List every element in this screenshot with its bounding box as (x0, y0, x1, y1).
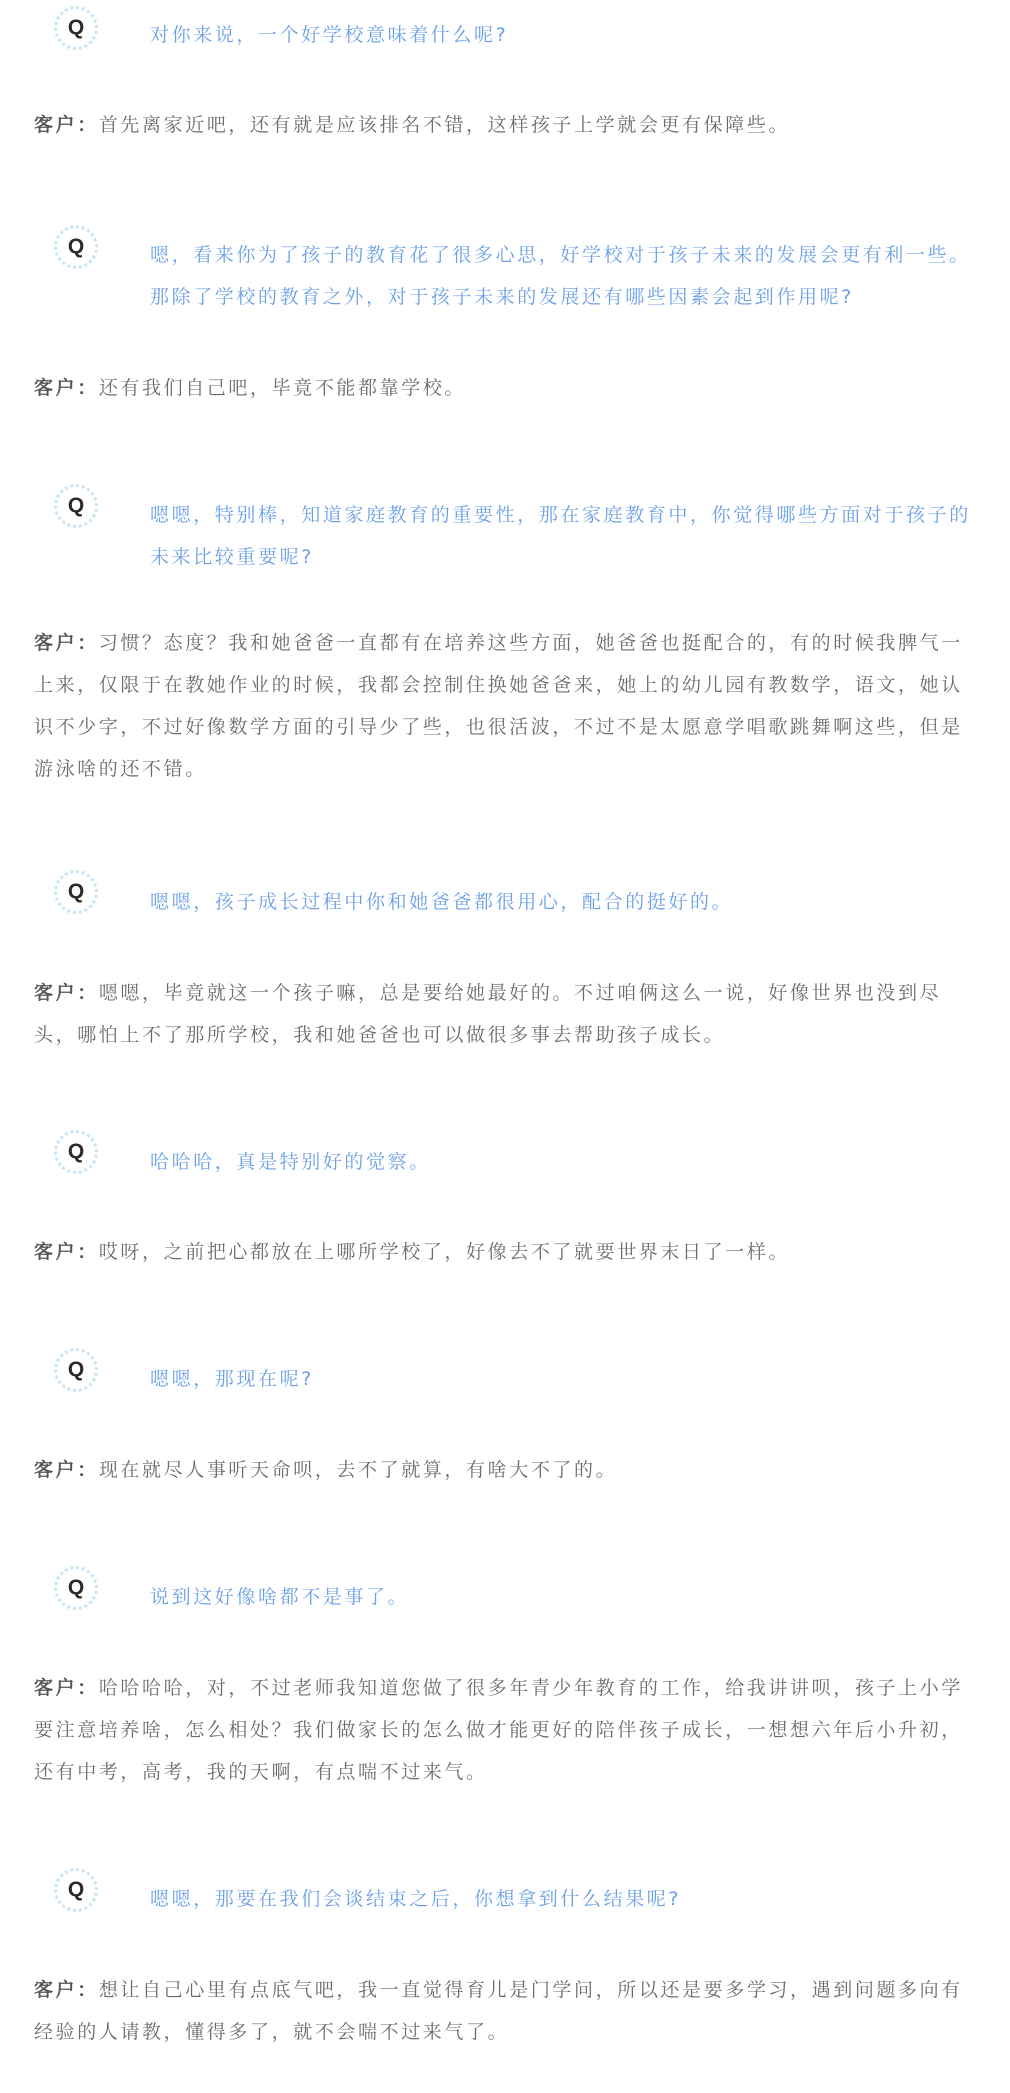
answer-paragraph: 客户：习惯？态度？我和她爸爸一直都有在培养这些方面，她爸爸也挺配合的，有的时候我… (34, 622, 980, 790)
question-badge-letter: Q (68, 17, 84, 38)
question-text: 嗯嗯，那要在我们会谈结束之后，你想拿到什么结果呢? (150, 1878, 980, 1920)
question-text: 说到这好像啥都不是事了。 (150, 1576, 980, 1618)
answer-text: 还有我们自己吧，毕竟不能都靠学校。 (99, 377, 466, 399)
question-text: 嗯嗯，特别棒，知道家庭教育的重要性，那在家庭教育中，你觉得哪些方面对于孩子的未来… (150, 494, 980, 578)
answer-paragraph: 客户：嗯嗯，毕竟就这一个孩子嘛，总是要给她最好的。不过咱俩这么一说，好像世界也没… (34, 972, 980, 1056)
question-text: 嗯，看来你为了孩子的教育花了很多心思，好学校对于孩子未来的发展会更有利一些。那除… (150, 234, 980, 318)
answer-paragraph: 客户：哈哈哈哈，对，不过老师我知道您做了很多年青少年教育的工作，给我讲讲呗，孩子… (34, 1667, 980, 1793)
question-badge-icon: Q (54, 1348, 98, 1392)
customer-label: 客户： (34, 377, 99, 399)
answer-paragraph: 客户：现在就尽人事听天命呗，去不了就算，有啥大不了的。 (34, 1449, 980, 1491)
question-badge-letter: Q (68, 881, 84, 902)
customer-label: 客户： (34, 982, 99, 1004)
question-badge-icon: Q (54, 6, 98, 50)
question-badge-icon: Q (54, 1566, 98, 1610)
question-badge-icon: Q (54, 1868, 98, 1912)
answer-text: 现在就尽人事听天命呗，去不了就算，有啥大不了的。 (99, 1459, 617, 1481)
answer-paragraph: 客户：首先离家近吧，还有就是应该排名不错，这样孩子上学就会更有保障些。 (34, 104, 980, 146)
question-badge-letter: Q (68, 1141, 84, 1162)
question-badge-letter: Q (68, 1879, 84, 1900)
question-text: 对你来说，一个好学校意味着什么呢? (150, 14, 980, 56)
answer-text: 想让自己心里有点底气吧，我一直觉得育儿是门学问，所以还是要多学习，遇到问题多向有… (34, 1979, 963, 2043)
question-badge-icon: Q (54, 1130, 98, 1174)
customer-label: 客户： (34, 1241, 99, 1263)
question-badge-icon: Q (54, 484, 98, 528)
question-badge-icon: Q (54, 870, 98, 914)
customer-label: 客户： (34, 1979, 99, 2001)
question-text: 嗯嗯，孩子成长过程中你和她爸爸都很用心，配合的挺好的。 (150, 881, 980, 923)
answer-text: 习惯？态度？我和她爸爸一直都有在培养这些方面，她爸爸也挺配合的，有的时候我脾气一… (34, 632, 963, 780)
answer-text: 首先离家近吧，还有就是应该排名不错，这样孩子上学就会更有保障些。 (99, 114, 790, 136)
question-badge-icon: Q (54, 225, 98, 269)
answer-text: 哎呀，之前把心都放在上哪所学校了，好像去不了就要世界末日了一样。 (99, 1241, 790, 1263)
question-text: 嗯嗯，那现在呢? (150, 1358, 980, 1400)
answer-paragraph: 客户：想让自己心里有点底气吧，我一直觉得育儿是门学问，所以还是要多学习，遇到问题… (34, 1969, 980, 2053)
question-badge-letter: Q (68, 236, 84, 257)
customer-label: 客户： (34, 1459, 99, 1481)
answer-paragraph: 客户：哎呀，之前把心都放在上哪所学校了，好像去不了就要世界末日了一样。 (34, 1231, 980, 1273)
question-text: 哈哈哈，真是特别好的觉察。 (150, 1141, 980, 1183)
customer-label: 客户： (34, 632, 99, 654)
answer-paragraph: 客户：还有我们自己吧，毕竟不能都靠学校。 (34, 367, 980, 409)
question-badge-letter: Q (68, 1359, 84, 1380)
question-badge-letter: Q (68, 1577, 84, 1598)
answer-text: 哈哈哈哈，对，不过老师我知道您做了很多年青少年教育的工作，给我讲讲呗，孩子上小学… (34, 1677, 963, 1783)
question-badge-letter: Q (68, 495, 84, 516)
customer-label: 客户： (34, 114, 99, 136)
customer-label: 客户： (34, 1677, 99, 1699)
answer-text: 嗯嗯，毕竟就这一个孩子嘛，总是要给她最好的。不过咱俩这么一说，好像世界也没到尽头… (34, 982, 941, 1046)
